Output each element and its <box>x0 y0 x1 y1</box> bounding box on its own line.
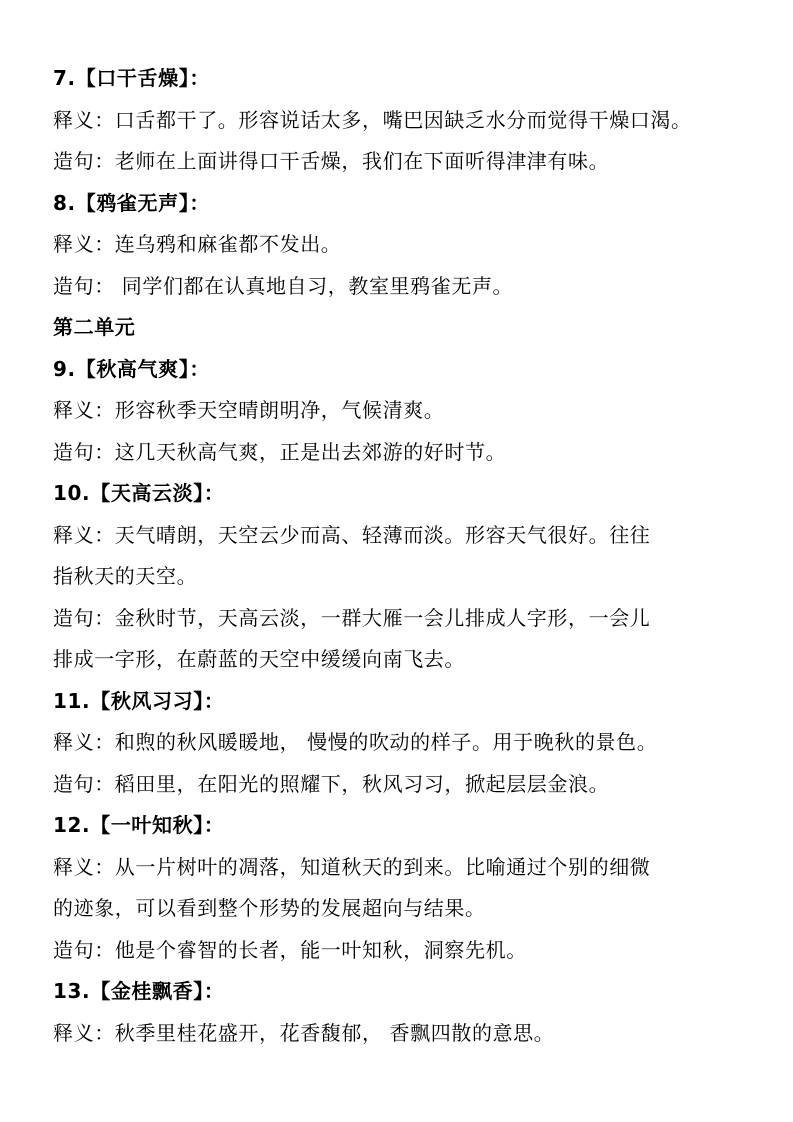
entry-13-heading: 13.【金桂飘香】： <box>53 971 753 1013</box>
idiom-title: 【天高云淡】： <box>90 481 224 505</box>
entry-12-example: 造句：他是个睿智的长者，能一叶知秋，洞察先机。 <box>53 930 753 972</box>
entry-10-example-line-1: 造句：金秋时节，天高云淡，一群大雁一会儿排成人字形，一会儿 <box>53 598 753 640</box>
entry-7-heading: 7.【口干舌燥】： <box>53 58 753 100</box>
document-page: 7.【口干舌燥】： 释义：口舌都干了。形容说话太多，嘴巴因缺乏水分而觉得干燥口渴… <box>53 58 753 1054</box>
idiom-title: 【金桂飘香】： <box>90 979 224 1003</box>
entry-number: 13. <box>53 979 90 1003</box>
entry-10-definition-line-1: 释义：天气晴朗，天空云少而高、轻薄而淡。形容天气很好。往往 <box>53 515 753 557</box>
section-heading: 第二单元 <box>53 307 753 349</box>
entry-12-definition-line-2: 的迹象，可以看到整个形势的发展超向与结果。 <box>53 888 753 930</box>
entry-10-definition-line-2: 指秋天的天空。 <box>53 556 753 598</box>
idiom-title: 【秋风习习】： <box>90 689 224 713</box>
entry-10-heading: 10.【天高云淡】： <box>53 473 753 515</box>
idiom-title: 【口干舌燥】： <box>76 66 210 90</box>
entry-7-definition: 释义：口舌都干了。形容说话太多，嘴巴因缺乏水分而觉得干燥口渴。 <box>53 100 753 142</box>
entry-number: 12. <box>53 813 90 837</box>
entry-11-heading: 11.【秋风习习】： <box>53 681 753 723</box>
entry-11-example: 造句：稻田里，在阳光的照耀下，秋风习习，掀起层层金浪。 <box>53 764 753 806</box>
entry-12-heading: 12.【一叶知秋】： <box>53 805 753 847</box>
entry-9-definition: 释义：形容秋季天空晴朗明净，气候清爽。 <box>53 390 753 432</box>
idiom-title: 【一叶知秋】： <box>90 813 224 837</box>
entry-8-definition: 释义：连乌鸦和麻雀都不发出。 <box>53 224 753 266</box>
entry-13-definition: 释义：秋季里桂花盛开，花香馥郁， 香飘四散的意思。 <box>53 1013 753 1055</box>
entry-number: 7. <box>53 66 76 90</box>
entry-number: 9. <box>53 357 76 381</box>
idiom-title: 【鸦雀无声】： <box>76 191 210 215</box>
entry-number: 11. <box>53 689 90 713</box>
entry-number: 10. <box>53 481 90 505</box>
idiom-title: 【秋高气爽】： <box>76 357 210 381</box>
entry-11-definition: 释义：和煦的秋风暖暖地， 慢慢的吹动的样子。用于晚秋的景色。 <box>53 722 753 764</box>
entry-number: 8. <box>53 191 76 215</box>
entry-10-example-line-2: 排成一字形，在蔚蓝的天空中缓缓向南飞去。 <box>53 639 753 681</box>
entry-8-example: 造句： 同学们都在认真地自习，教室里鸦雀无声。 <box>53 266 753 308</box>
entry-7-example: 造句：老师在上面讲得口干舌燥，我们在下面听得津津有味。 <box>53 141 753 183</box>
entry-9-example: 造句：这几天秋高气爽，正是出去郊游的好时节。 <box>53 432 753 474</box>
entry-12-definition-line-1: 释义：从一片树叶的凋落，知道秋天的到来。比喻通过个别的细微 <box>53 847 753 889</box>
entry-9-heading: 9.【秋高气爽】： <box>53 349 753 391</box>
entry-8-heading: 8.【鸦雀无声】： <box>53 183 753 225</box>
